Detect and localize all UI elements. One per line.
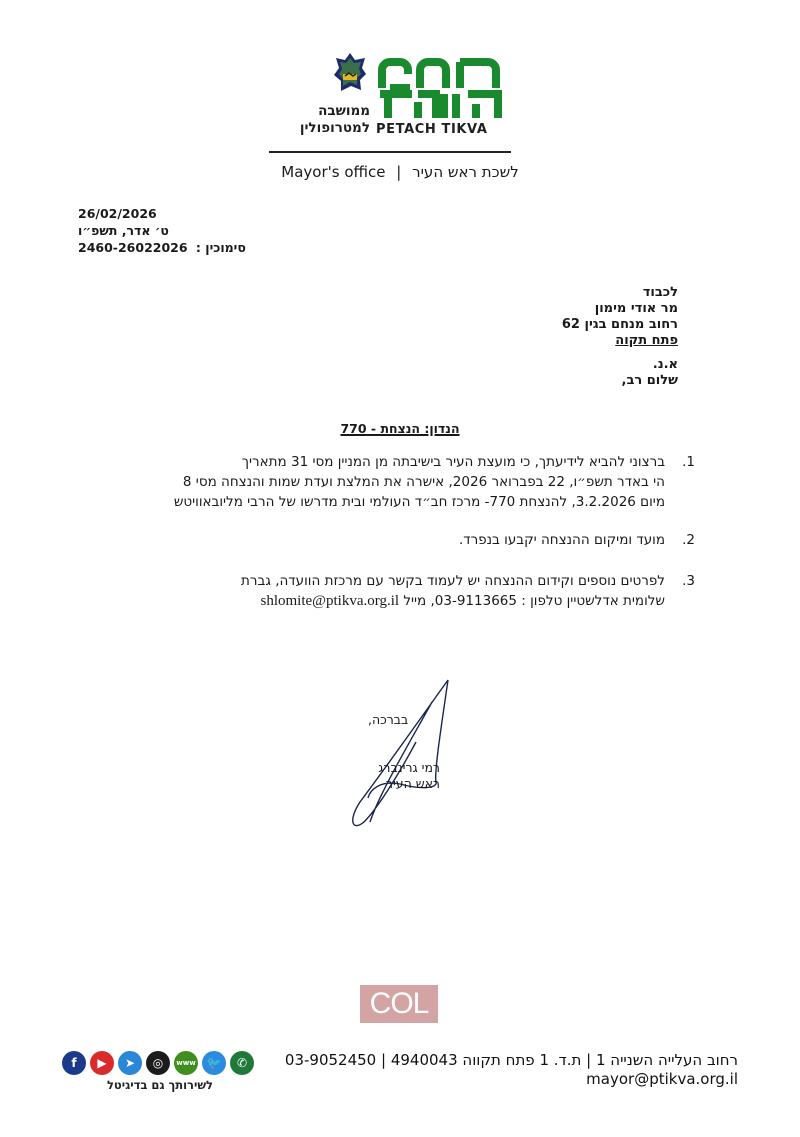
greeting-block: א.נ. שלום רב,: [622, 357, 678, 389]
signer-name: רמי גרינברג: [368, 760, 440, 776]
greeting-line-1: א.נ.: [622, 357, 678, 373]
facebook-icon[interactable]: f: [62, 1051, 86, 1075]
item-text: מועד ומיקום ההנצחה יקבעו בנפרד.: [95, 530, 665, 550]
footer-address: רחוב העלייה השנייה 1 | ת.ד. 1 פתח תקווה …: [285, 1051, 738, 1070]
contact-phone: 03-9113665: [435, 593, 517, 609]
item-line: מיום 3.2.2026, להנצחת 770- מרכז חב״ד העו…: [95, 492, 665, 512]
gregorian-date: 26/02/2026: [78, 205, 246, 222]
subject-text: הנדון: הנצחת - 770: [340, 421, 459, 436]
handwritten-signature: [330, 672, 460, 832]
office-separator: |: [396, 163, 401, 181]
recipient-street: רחוב מנחם בגין 62: [562, 317, 678, 333]
recipient-city: פתח תקוה: [562, 333, 678, 349]
item-line: ברצוני להביא לידיעתך, כי מועצת העיר בישי…: [95, 452, 665, 472]
recipient-name: מר אודי מימון: [562, 301, 678, 317]
office-hebrew: לשכת ראש העיר: [412, 163, 519, 181]
item-text: ברצוני להביא לידיעתך, כי מועצת העיר בישי…: [95, 452, 665, 512]
website-icon[interactable]: www: [174, 1051, 198, 1075]
item-number: 1.: [665, 452, 695, 512]
item-line: מועד ומיקום ההנצחה יקבעו בנפרד.: [95, 530, 665, 550]
item-line: לפרטים נוספים וקידום ההנצחה יש לעמוד בקש…: [95, 571, 665, 591]
city-emblem-icon: [333, 52, 367, 92]
item-number: 2.: [665, 530, 695, 550]
reference-row: סימוכין : 2460-26022026: [78, 239, 246, 256]
twitter-icon[interactable]: 🐦: [202, 1051, 226, 1075]
whatsapp-icon[interactable]: ✆: [230, 1051, 254, 1075]
contact-line: שלומית אדלשטיין טלפון : 03-9113665, מייל…: [95, 591, 665, 611]
salutation: לכבוד: [562, 285, 678, 301]
contact-email-link[interactable]: shlomite@ptikva.org.il: [261, 593, 400, 609]
footer-contact: רחוב העלייה השנייה 1 | ת.ד. 1 פתח תקווה …: [285, 1051, 738, 1089]
numbered-list: 1. ברצוני להביא לידיעתך, כי מועצת העיר ב…: [95, 452, 695, 625]
hebrew-date: ט׳ אדר, תשפ״ו: [78, 222, 246, 239]
footer-email-link[interactable]: mayor@ptikva.org.il: [285, 1070, 738, 1089]
office-title: Mayor's office | לשכת ראש העיר: [0, 163, 800, 181]
subject-line: הנדון: הנצחת - 770: [0, 421, 800, 436]
reference-number: 2460-26022026: [78, 240, 188, 255]
list-item: 3. לפרטים נוספים וקידום ההנצחה יש לעמוד …: [95, 571, 695, 611]
list-item: 1. ברצוני להביא לידיעתך, כי מועצת העיר ב…: [95, 452, 695, 512]
digital-caption: לשירותך גם בדיגיטל: [62, 1078, 258, 1092]
addressee-block: לכבוד מר אודי מימון רחוב מנחם בגין 62 פת…: [562, 285, 678, 349]
reference-label: סימוכין :: [196, 240, 246, 255]
youtube-icon[interactable]: ▶: [90, 1051, 114, 1075]
contact-name: שלומית אדלשטיין טלפון :: [521, 593, 665, 609]
contact-mail-label: , מייל: [403, 593, 434, 609]
item-text: לפרטים נוספים וקידום ההנצחה יש לעמוד בקש…: [95, 571, 665, 611]
petach-tikva-logo: [376, 56, 510, 120]
greeting-line-2: שלום רב,: [622, 373, 678, 389]
slogan-line-2: למטרופולין: [300, 120, 370, 137]
signer-title: ראש העיר: [368, 776, 440, 792]
col-watermark: COL: [360, 985, 438, 1023]
signature-closing: בברכה,: [368, 712, 408, 727]
office-english: Mayor's office: [281, 163, 385, 181]
telegram-icon[interactable]: ➤: [118, 1051, 142, 1075]
slogan-line-1: ממושבה: [300, 103, 370, 120]
list-item: 2. מועד ומיקום ההנצחה יקבעו בנפרד.: [95, 530, 695, 550]
date-block: 26/02/2026 ט׳ אדר, תשפ״ו סימוכין : 2460-…: [78, 205, 246, 256]
header-divider: [269, 151, 511, 153]
signature-block: רמי גרינברג ראש העיר: [368, 760, 440, 792]
item-number: 3.: [665, 571, 695, 611]
city-slogan: ממושבה למטרופולין: [300, 103, 370, 137]
logo-english-text: PETACH TIKVA: [376, 122, 488, 137]
instagram-icon[interactable]: ◎: [146, 1051, 170, 1075]
item-line: הי באדר תשפ״ו, 22 בפברואר 2026, אישרה את…: [95, 472, 665, 492]
social-icons-row: f▶➤◎www🐦✆: [62, 1051, 254, 1075]
